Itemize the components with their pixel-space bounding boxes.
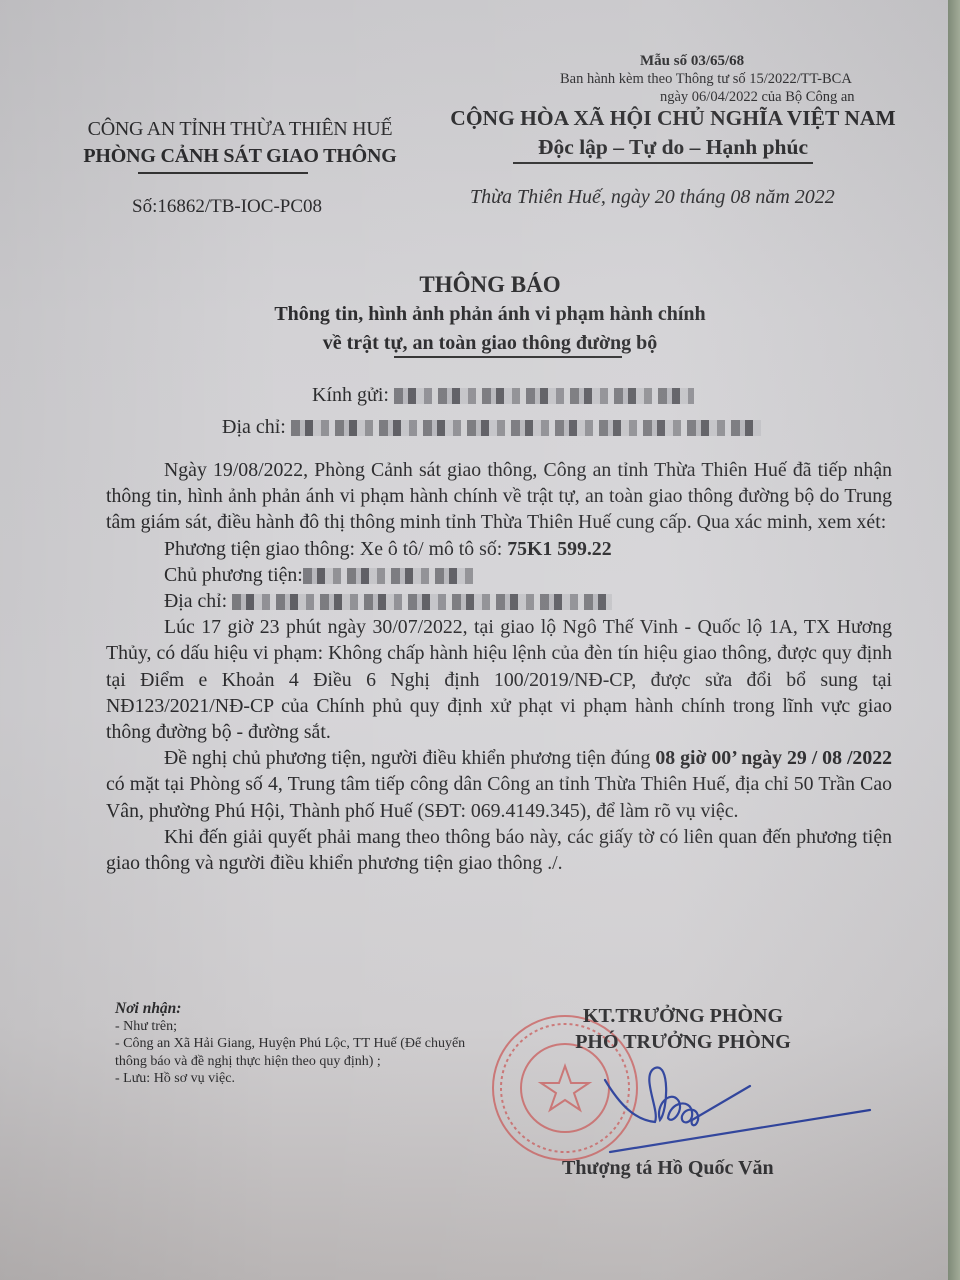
- addressee-line: Kính gửi:: [312, 384, 694, 406]
- summons-text-pre: Đề nghị chủ phương tiện, người điều khiể…: [164, 747, 655, 769]
- recipient-item: - Lưu: Hồ sơ vụ việc.: [115, 1070, 475, 1088]
- document-title: THÔNG BÁO Thông tin, hình ảnh phản ánh v…: [200, 270, 780, 358]
- paragraph-requirements: Khi đến giải quyết phải mang theo thông …: [106, 824, 892, 876]
- form-reference: Mẫu số 03/65/68 Ban hành kèm theo Thông …: [560, 52, 940, 106]
- paragraph-violation: Lúc 17 giờ 23 phút ngày 30/07/2022, tại …: [106, 614, 892, 745]
- redacted-owner-address: [232, 594, 612, 610]
- address-label: Địa chỉ:: [222, 416, 286, 438]
- recipient-item: - Công an Xã Hải Giang, Huyện Phú Lộc, T…: [115, 1035, 475, 1070]
- owner-line: Chủ phương tiện:: [106, 562, 892, 588]
- signer-name: Thượng tá Hồ Quốc Văn: [562, 1157, 774, 1180]
- signer-title: KT.TRƯỞNG PHÒNG PHÓ TRƯỞNG PHÒNG: [548, 1003, 818, 1055]
- form-number: Mẫu số 03/65/68: [560, 52, 940, 70]
- nation-name: CỘNG HÒA XÃ HỘI CHỦ NGHĨA VIỆT NAM: [438, 104, 908, 133]
- summons-datetime: 08 giờ 00’ ngày 29 / 08 /2022: [655, 747, 892, 769]
- background-surface: [948, 0, 960, 1280]
- recipients-heading: Nơi nhận:: [115, 1000, 475, 1018]
- document-number: Số:16862/TB-IOC-PC08: [132, 196, 322, 218]
- place-date: Thừa Thiên Huế, ngày 20 tháng 08 năm 202…: [470, 186, 835, 209]
- org-name: CÔNG AN TỈNH THỪA THIÊN HUẾ: [60, 116, 420, 143]
- owner-address-label: Địa chỉ:: [164, 590, 227, 612]
- vehicle-line: Phương tiện giao thông: Xe ô tô/ mô tô s…: [106, 536, 892, 562]
- vehicle-plate: 75K1 599.22: [507, 538, 611, 560]
- paragraph-summons: Đề nghị chủ phương tiện, người điều khiể…: [106, 745, 892, 824]
- national-header: CỘNG HÒA XÃ HỘI CHỦ NGHĨA VIỆT NAM Độc l…: [438, 104, 908, 164]
- title-main: THÔNG BÁO: [200, 270, 780, 300]
- redacted-recipient-address: [291, 420, 761, 436]
- org-underline: [138, 172, 308, 174]
- to-label: Kính gửi:: [312, 384, 389, 406]
- nation-motto: Độc lập – Tự do – Hạnh phúc: [438, 133, 908, 162]
- owner-address-line: Địa chỉ:: [106, 588, 892, 614]
- redacted-recipient-name: [394, 388, 694, 404]
- summons-text-post: có mặt tại Phòng số 4, Trung tâm tiếp cô…: [106, 773, 892, 821]
- recipient-item: - Như trên;: [115, 1018, 475, 1036]
- handwritten-signature-icon: [600, 1050, 900, 1160]
- title-sub-line1: Thông tin, hình ảnh phản ánh vi phạm hàn…: [200, 300, 780, 329]
- document-page: Mẫu số 03/65/68 Ban hành kèm theo Thông …: [0, 0, 948, 1280]
- document-body: Ngày 19/08/2022, Phòng Cảnh sát giao thô…: [106, 457, 892, 876]
- issuing-organization: CÔNG AN TỈNH THỪA THIÊN HUẾ PHÒNG CẢNH S…: [60, 116, 420, 174]
- paragraph-intro: Ngày 19/08/2022, Phòng Cảnh sát giao thô…: [106, 457, 892, 536]
- org-department: PHÒNG CẢNH SÁT GIAO THÔNG: [60, 143, 420, 170]
- addressee-address-line: Địa chỉ:: [222, 416, 761, 439]
- redacted-owner-name: [303, 568, 473, 584]
- title-sub-line2: về trật tự, an toàn giao thông đường bộ: [200, 329, 780, 358]
- recipients-block: Nơi nhận: - Như trên; - Công an Xã Hải G…: [115, 1000, 475, 1088]
- vehicle-label: Phương tiện giao thông: Xe ô tô/ mô tô s…: [164, 538, 502, 560]
- motto-underline: [513, 162, 813, 164]
- form-issued-line1: Ban hành kèm theo Thông tư số 15/2022/TT…: [560, 70, 940, 88]
- owner-label: Chủ phương tiện:: [164, 564, 303, 586]
- signer-title-line1: KT.TRƯỞNG PHÒNG: [548, 1003, 818, 1029]
